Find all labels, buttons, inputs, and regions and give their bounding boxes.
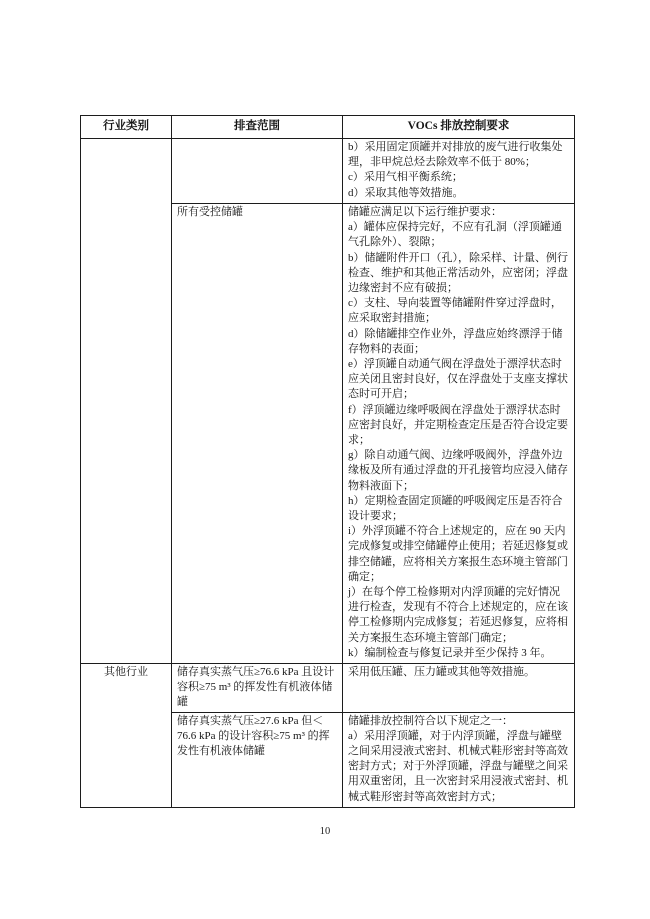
scope-cell-mid-vapor-pressure-tanks: 储存真实蒸气压≥27.6 kPa 但＜76.6 kPa 的设计容积≥75 m³ … xyxy=(172,712,343,807)
page-number: 10 xyxy=(0,826,650,837)
vocs-control-table: 行业类别 排查范围 VOCs 排放控制要求 b）采用固定顶罐并对排放的废气进行收… xyxy=(80,115,575,808)
header-inspection-scope: 排查范围 xyxy=(172,116,343,139)
requirements-cell-maintenance-rules: 储罐应满足以下运行维护要求： a）罐体应保持完好，不应有孔洞（浮顶罐通气孔除外）… xyxy=(343,204,575,664)
table-header-row: 行业类别 排查范围 VOCs 排放控制要求 xyxy=(81,116,575,139)
requirements-cell-fixed-roof-continued: b）采用固定顶罐并对排放的废气进行收集处理，非甲烷总烃去除效率不低于 80%； … xyxy=(343,139,575,204)
industry-cell-other-industries: 其他行业 xyxy=(81,664,172,808)
scope-cell-fixed-roof-continued xyxy=(172,139,343,204)
scope-cell-all-controlled-tanks: 所有受控储罐 xyxy=(172,204,343,664)
requirements-cell-low-pressure-tanks: 采用低压罐、压力罐或其他等效措施。 xyxy=(343,664,575,713)
header-vocs-requirements: VOCs 排放控制要求 xyxy=(343,116,575,139)
scope-cell-high-vapor-pressure-tanks: 储存真实蒸气压≥76.6 kPa 且设计容积≥75 m³ 的挥发性有机液体储罐 xyxy=(172,664,343,713)
header-industry-category: 行业类别 xyxy=(81,116,172,139)
requirements-cell-floating-roof-seals: 储罐排放控制符合以下规定之一： a）采用浮顶罐，对于内浮顶罐，浮盘与罐壁之间采用… xyxy=(343,712,575,807)
table-row: 其他行业 储存真实蒸气压≥76.6 kPa 且设计容积≥75 m³ 的挥发性有机… xyxy=(81,664,575,713)
table-row: b）采用固定顶罐并对排放的废气进行收集处理，非甲烷总烃去除效率不低于 80%； … xyxy=(81,139,575,204)
document-page: 行业类别 排查范围 VOCs 排放控制要求 b）采用固定顶罐并对排放的废气进行收… xyxy=(0,0,650,919)
industry-cell-section1 xyxy=(81,139,172,664)
